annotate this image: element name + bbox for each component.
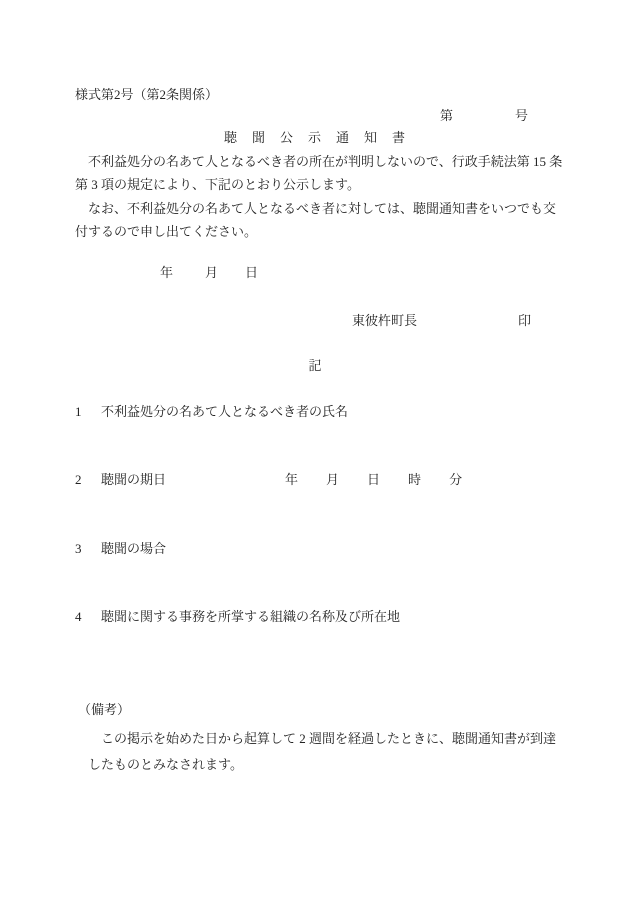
hearing-public-notice-document: 様式第2号（第2条関係） 第 号 聴 聞 公 示 通 知 書 不利益処分の名あて… (0, 0, 630, 915)
hearing-minute-label: 分 (449, 472, 462, 488)
item-3-label: 聴聞の場合 (101, 541, 166, 557)
item-4-label: 聴聞に関する事務を所掌する組織の名称及び所在地 (101, 609, 400, 625)
intro-line-2: 第 3 項の規定により、下記のとおり公示します。 (75, 173, 565, 196)
day-label: 日 (245, 265, 258, 281)
hearing-year-label: 年 (285, 472, 298, 488)
record-marker: 記 (0, 358, 630, 374)
item-2-number: 2 (75, 472, 101, 488)
intro-paragraph: 不利益処分の名あて人となるべき者の所在が判明しないので、行政手続法第 15 条 … (75, 150, 565, 196)
remarks-heading: （備考） (78, 702, 130, 718)
document-number-prefix: 第 (440, 108, 453, 124)
remarks-line-2: したものとみなされます。 (88, 752, 568, 778)
item-3-hearing-place: 3 聴聞の場合 (75, 541, 166, 557)
item-4-responsible-office: 4 聴聞に関する事務を所掌する組織の名称及び所在地 (75, 609, 400, 625)
document-number-line: 第 号 (440, 108, 528, 124)
item-1-addressee-name: 1 不利益処分の名あて人となるべき者の氏名 (75, 404, 348, 420)
intro-line-1: 不利益処分の名あて人となるべき者の所在が判明しないので、行政手続法第 15 条 (75, 150, 565, 173)
item-2-hearing-date: 2 聴聞の期日 (75, 472, 166, 488)
note-paragraph: なお、不利益処分の名あて人となるべき者に対しては、聴聞通知書をいつでも交 付する… (75, 197, 565, 243)
form-number: 様式第2号（第2条関係） (75, 87, 218, 103)
issuer-title: 東彼杵町長 (352, 313, 417, 329)
item-3-number: 3 (75, 541, 101, 557)
item-1-number: 1 (75, 404, 101, 420)
seal-placeholder: 印 (518, 313, 531, 329)
hearing-day-label: 日 (367, 472, 380, 488)
issue-date-line: 年 月 日 (160, 265, 258, 281)
item-1-label: 不利益処分の名あて人となるべき者の氏名 (101, 404, 348, 420)
issuer-line: 東彼杵町長 印 (352, 313, 531, 329)
note-line-2: 付するので申し出てください。 (75, 220, 565, 243)
hearing-month-label: 月 (326, 472, 339, 488)
item-2-date-fields: 年 月 日 時 分 (285, 472, 462, 488)
note-line-1: なお、不利益処分の名あて人となるべき者に対しては、聴聞通知書をいつでも交 (75, 197, 565, 220)
hearing-hour-label: 時 (408, 472, 421, 488)
document-title: 聴 聞 公 示 通 知 書 (0, 130, 630, 146)
month-label: 月 (205, 265, 218, 281)
remarks-paragraph: この掲示を始めた日から起算して 2 週間を経過したときに、聴聞通知書が到達 した… (88, 726, 568, 778)
remarks-line-1: この掲示を始めた日から起算して 2 週間を経過したときに、聴聞通知書が到達 (88, 726, 568, 752)
year-label: 年 (160, 265, 173, 281)
item-2-label: 聴聞の期日 (101, 472, 166, 488)
item-4-number: 4 (75, 609, 101, 625)
document-number-suffix: 号 (515, 108, 528, 124)
